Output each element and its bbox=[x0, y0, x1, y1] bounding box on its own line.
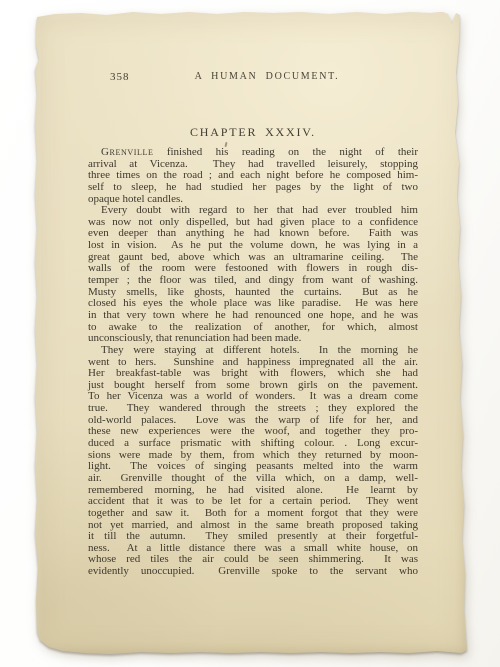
text-line: duced a surface prismatic with shifting … bbox=[88, 438, 418, 450]
text-line: air. Grenville thought of the villa whic… bbox=[88, 473, 418, 485]
scan-background: { "page": { "number": "358", "running_ti… bbox=[0, 0, 500, 667]
running-title: A HUMAN DOCUMENT. bbox=[88, 71, 418, 82]
book-page: 358 A HUMAN DOCUMENT. CHAPTER XXXIV. Gre… bbox=[33, 11, 469, 657]
page-number: 358 bbox=[110, 71, 130, 83]
text-line: They were staying at different hotels. I… bbox=[88, 345, 418, 357]
text-line: evidently unoccupied. Grenville spoke to… bbox=[88, 566, 418, 578]
page-header: 358 A HUMAN DOCUMENT. bbox=[88, 71, 418, 85]
text-line: true. They wandered through the streets … bbox=[88, 403, 418, 415]
text-line: Grenville finished his reading on the ni… bbox=[88, 147, 418, 159]
page-shadow-wrapper: 358 A HUMAN DOCUMENT. CHAPTER XXXIV. Gre… bbox=[0, 0, 500, 667]
body-text: Grenville finished his reading on the ni… bbox=[88, 147, 418, 578]
text-line: temper ; the floor was tiled, and dingy … bbox=[88, 275, 418, 287]
text-line: together and saw it. Both for a moment f… bbox=[88, 508, 418, 520]
small-caps-lead-word: Grenville bbox=[101, 146, 153, 158]
text-line: in that very town where he had renounced… bbox=[88, 310, 418, 322]
text-line: self to sleep, he had studied her pages … bbox=[88, 182, 418, 194]
chapter-heading: CHAPTER XXXIV. bbox=[88, 125, 434, 140]
